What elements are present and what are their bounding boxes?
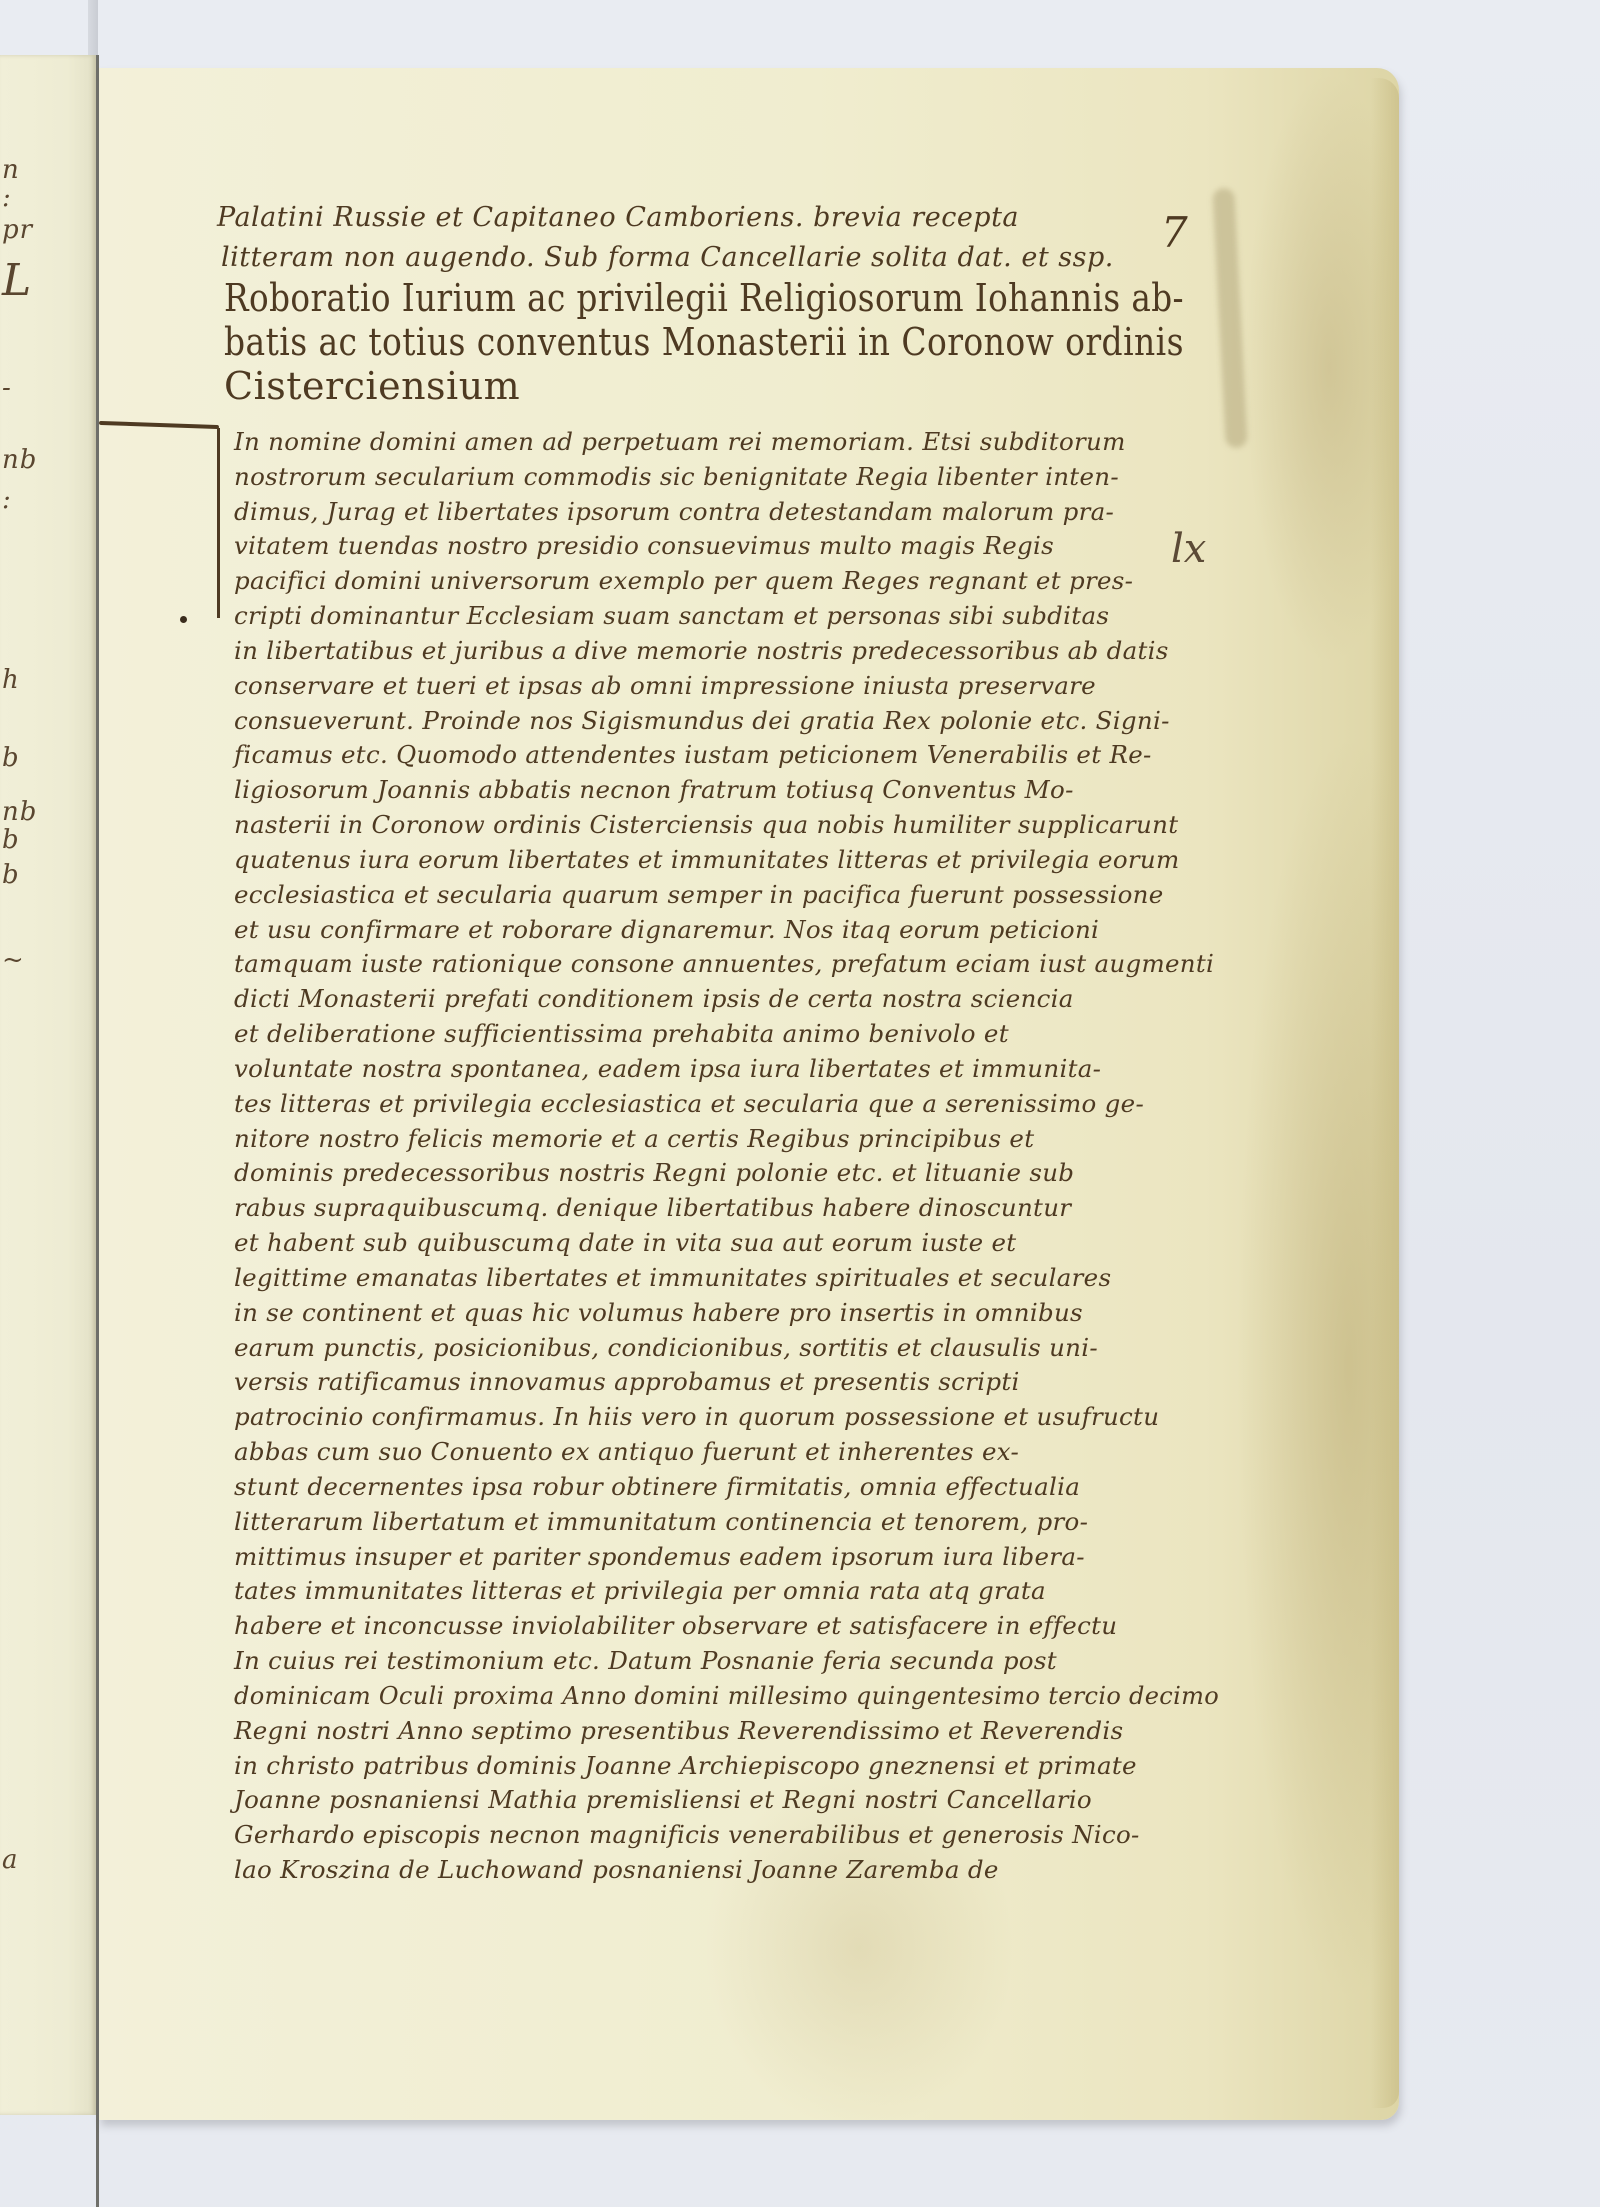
left-page-fragment: L: [2, 255, 32, 306]
body-line: dimus, Jurag et libertates ipsorum contr…: [234, 500, 1114, 525]
body-line: patrocinio confirmamus. In hiis vero in …: [234, 1405, 1159, 1430]
manuscript-page: 7 lx Palatini Russie et Capitaneo Cambor…: [99, 68, 1399, 2120]
margin-note: lx: [1171, 526, 1206, 572]
folio-number: 7: [1161, 208, 1188, 257]
body-line: versis ratificamus innovamus approbamus …: [234, 1370, 1020, 1395]
left-page-fragment: b: [2, 743, 20, 773]
body-line: habere et inconcusse inviolabiliter obse…: [234, 1614, 1117, 1639]
water-stain: [1212, 188, 1248, 449]
left-page-fragment: ~: [2, 945, 25, 975]
body-line: rabus supraquibuscumq. denique libertati…: [234, 1196, 1071, 1221]
left-page-fragment: a: [2, 1845, 19, 1875]
margin-dot: [180, 616, 187, 623]
body-line: vitatem tuendas nostro presidio consuevi…: [234, 534, 1054, 559]
body-line: in libertatibus et juribus a dive memori…: [234, 639, 1169, 664]
header-line: Palatini Russie et Capitaneo Camboriens.…: [217, 202, 1019, 233]
left-page-fragment: :: [2, 183, 12, 213]
body-line: tates immunitates litteras et privilegia…: [234, 1579, 1046, 1604]
left-page-edge: n : pr L - nb : h b nb b b ~ a: [0, 55, 96, 2115]
body-line: et usu confirmare et roborare dignaremur…: [234, 918, 1099, 943]
initial-letter-stem: [217, 428, 220, 618]
body-line: ecclesiastica et secularia quarum semper…: [234, 883, 1164, 908]
left-page-fragment: h: [2, 665, 20, 695]
body-line: abbas cum suo Conuento ex antiquo fuerun…: [234, 1440, 1019, 1465]
body-line: et deliberatione sufficientissima prehab…: [234, 1022, 1009, 1047]
body-line: quatenus iura eorum libertates et immuni…: [234, 848, 1180, 873]
body-line: voluntate nostra spontanea, eadem ipsa i…: [234, 1057, 1101, 1082]
body-line: In nomine domini amen ad perpetuam rei m…: [234, 430, 1126, 455]
title-line: Cisterciensium: [224, 364, 520, 408]
body-line: cripti dominantur Ecclesiam suam sanctam…: [234, 604, 1109, 629]
left-page-fragment: b: [2, 860, 20, 890]
left-page-fragment: nb: [2, 797, 37, 827]
body-line: tes litteras et privilegia ecclesiastica…: [234, 1092, 1144, 1117]
body-line: earum punctis, posicionibus, condicionib…: [234, 1336, 1098, 1361]
body-line: mittimus insuper et pariter spondemus ea…: [234, 1545, 1085, 1570]
left-page-fragment: n: [2, 155, 20, 185]
body-line: pacifici domini universorum exemplo per …: [234, 569, 1133, 594]
body-line: nostrorum secularium commodis sic benign…: [234, 465, 1119, 490]
body-line: consueverunt. Proinde nos Sigismundus de…: [234, 709, 1170, 734]
body-line: ligiosorum Joannis abbatis necnon fratru…: [234, 778, 1074, 803]
body-line: Regni nostri Anno septimo presentibus Re…: [234, 1719, 1123, 1744]
left-page-fragment: -: [2, 373, 12, 403]
body-line: litterarum libertatum et immunitatum con…: [234, 1510, 1088, 1535]
body-line: Gerhardo episcopis necnon magnificis ven…: [234, 1823, 1140, 1848]
body-line: et habent sub quibuscumq date in vita su…: [234, 1231, 1016, 1256]
body-line: dicti Monasterii prefati conditionem ips…: [234, 987, 1074, 1012]
body-line: ficamus etc. Quomodo attendentes iustam …: [234, 743, 1152, 768]
body-line: dominicam Oculi proxima Anno domini mill…: [234, 1684, 1219, 1709]
body-line: conservare et tueri et ipsas ab omni imp…: [234, 674, 1096, 699]
left-page-fragment: :: [2, 485, 12, 515]
body-line: In cuius rei testimonium etc. Datum Posn…: [234, 1649, 1057, 1674]
left-page-fragment: b: [2, 825, 20, 855]
title-line: batis ac totius conventus Monasterii in …: [224, 320, 1184, 364]
body-line: Joanne posnaniensi Mathia premisliensi e…: [234, 1788, 1092, 1813]
body-line: dominis predecessoribus nostris Regni po…: [234, 1161, 1074, 1186]
body-line: in se continent et quas hic volumus habe…: [234, 1301, 1083, 1326]
initial-flourish: [99, 421, 219, 429]
body-line: in christo patribus dominis Joanne Archi…: [234, 1754, 1137, 1779]
left-page-fragment: nb: [2, 445, 37, 475]
title-line: Roboratio Iurium ac privilegii Religioso…: [224, 276, 1184, 320]
body-line: nitore nostro felicis memorie et a certi…: [234, 1127, 1034, 1152]
body-line: tamquam iuste rationique consone annuent…: [234, 952, 1214, 977]
left-page-fragment: pr: [2, 215, 33, 245]
body-line: stunt decernentes ipsa robur obtinere fi…: [234, 1475, 1080, 1500]
body-line: lao Kroszina de Luchowand posnaniensi Jo…: [234, 1858, 999, 1883]
page-edge-shading: [1371, 78, 1399, 2108]
header-line: litteram non augendo. Sub forma Cancella…: [221, 242, 1114, 273]
body-line: nasterii in Coronow ordinis Cisterciensi…: [234, 813, 1178, 838]
body-line: legittime emanatas libertates et immunit…: [234, 1266, 1111, 1291]
